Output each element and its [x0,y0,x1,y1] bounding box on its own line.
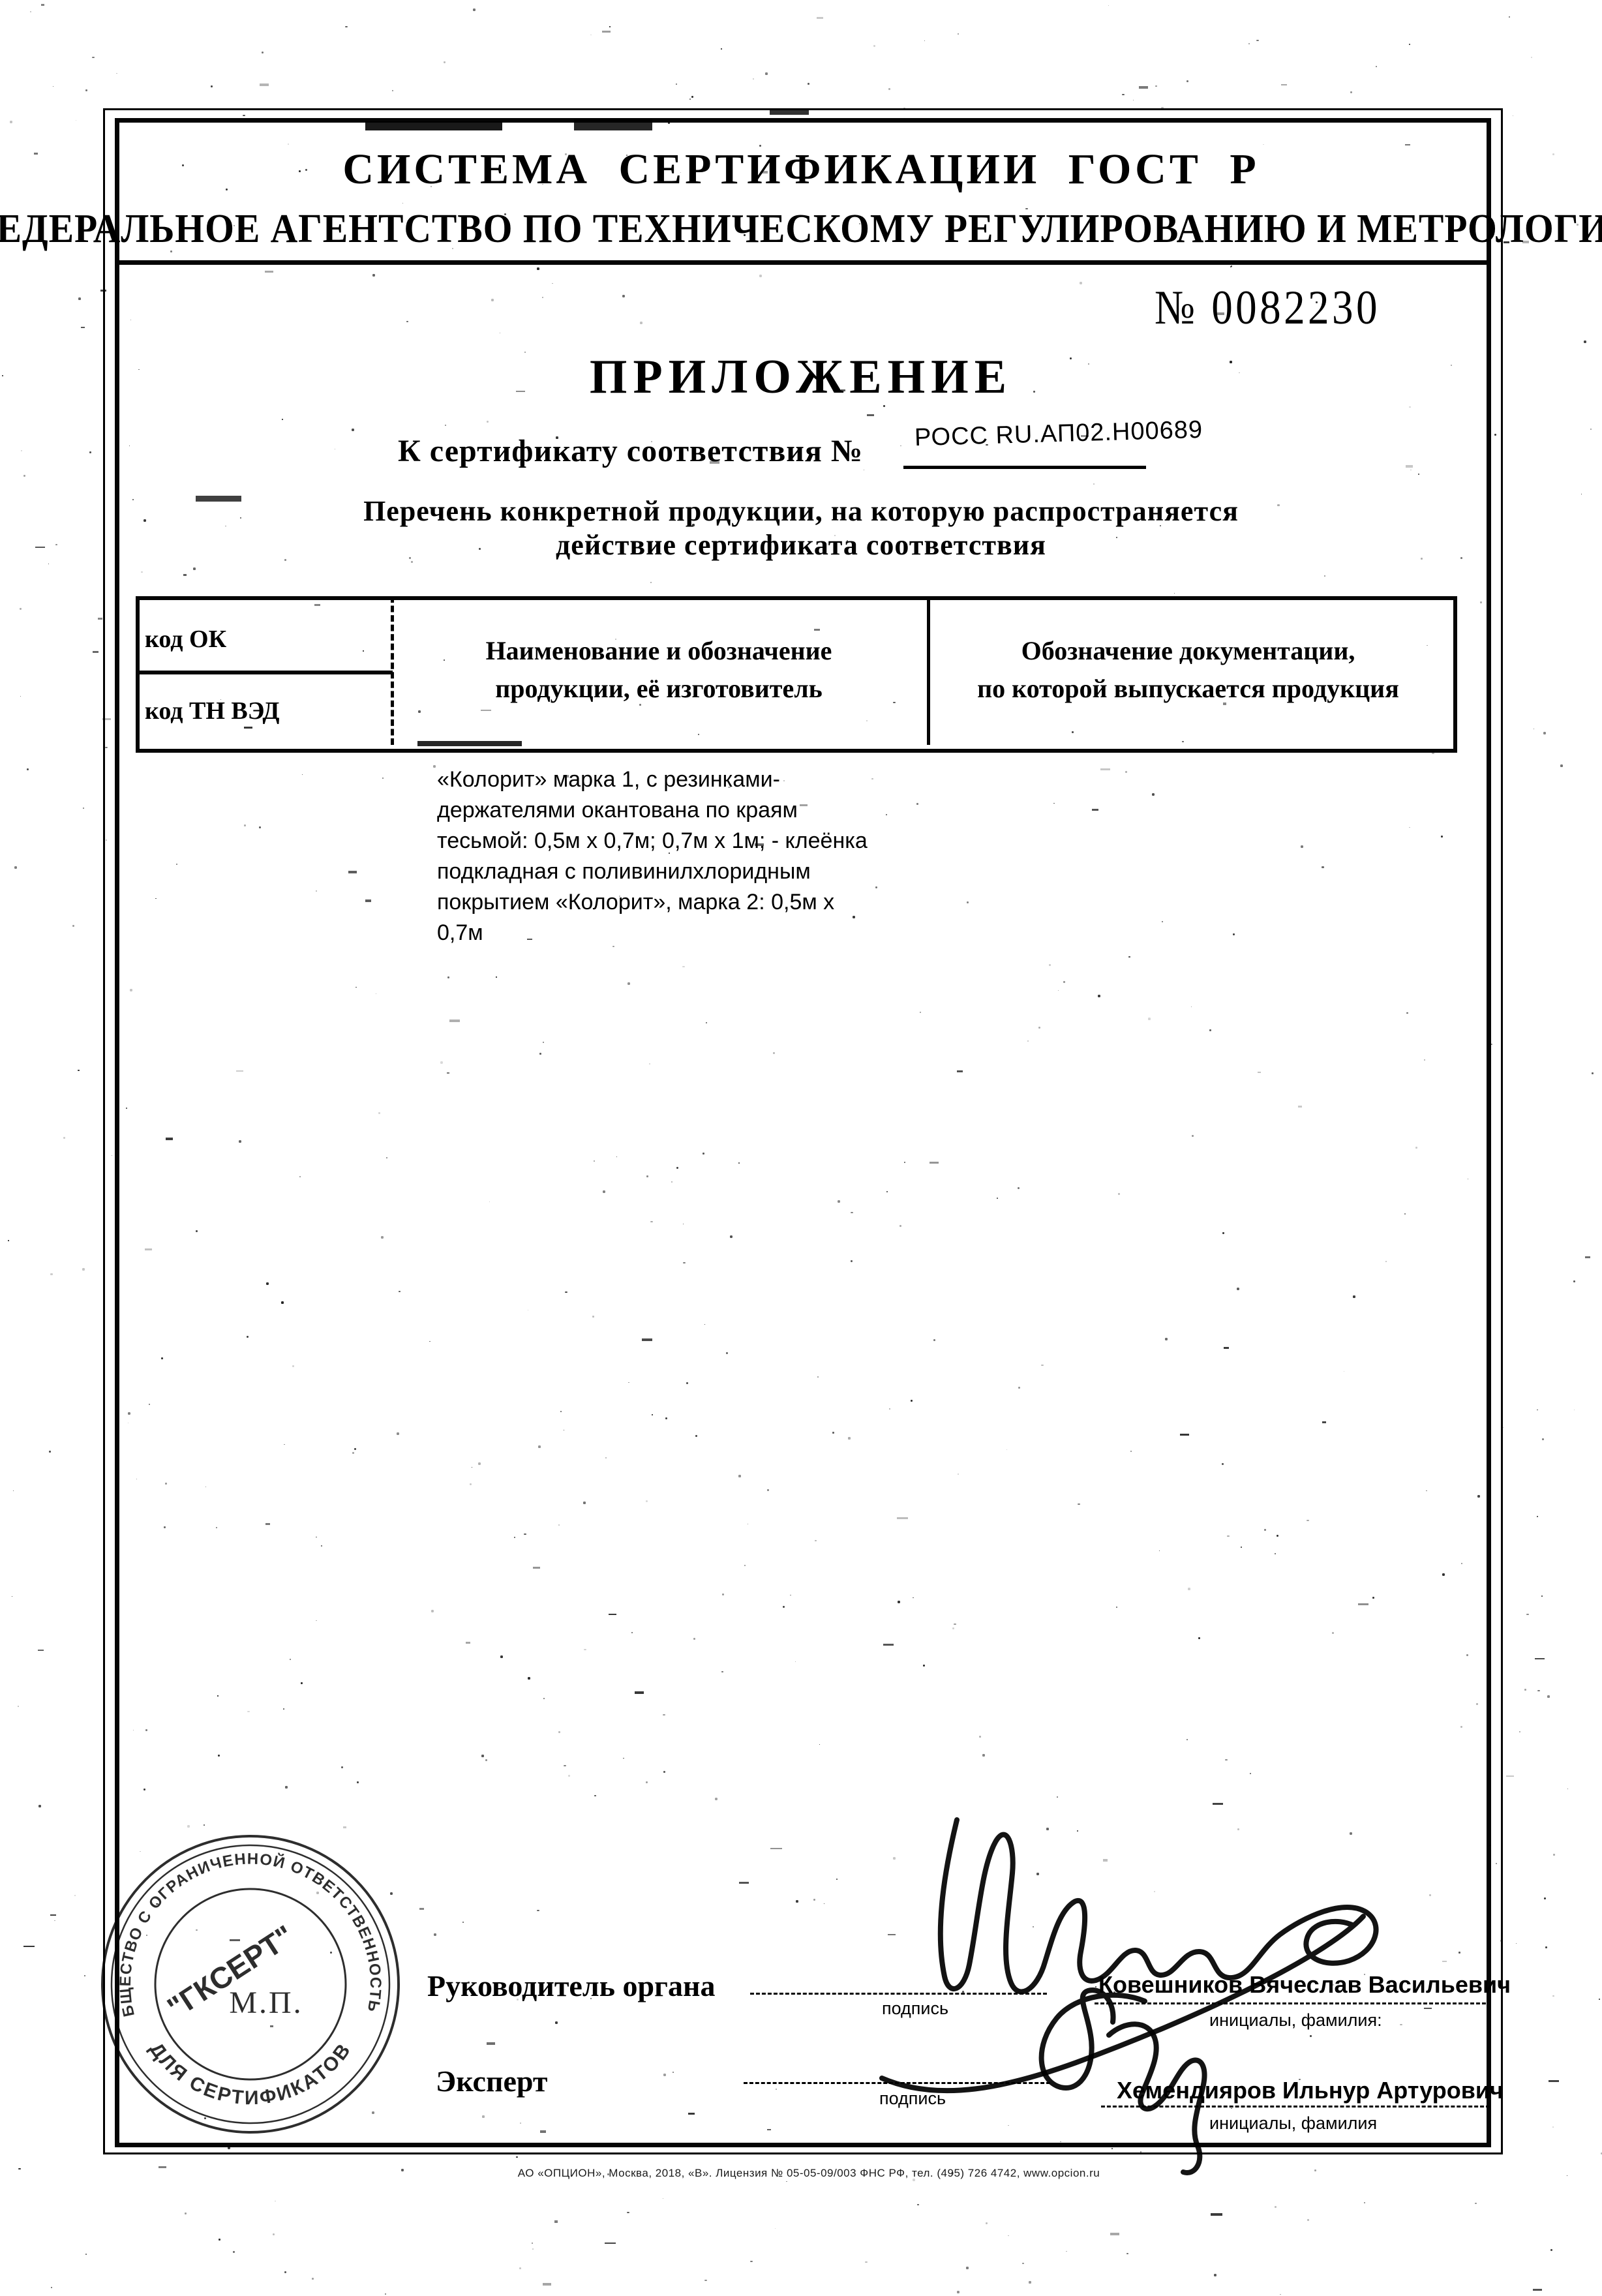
product-line: «Колорит» марка 1, с резинками- [437,764,946,795]
product-column-header-line2: продукции, её изготовитель [391,673,927,704]
certificate-reference-label: К сертификату соответствия № [398,433,863,469]
product-line: 0,7м [437,918,946,948]
signature-role-expert: Эксперт [436,2064,547,2098]
scan-artifact [196,496,241,502]
scan-artifact [770,110,809,115]
printer-imprint: АО «ОПЦИОН», Москва, 2018, «В». Лицензия… [483,2167,1135,2180]
signature-stroke-expert [1042,1990,1205,2173]
scan-artifact [365,121,502,130]
certificate-appendix-page: СИСТЕМА СЕРТИФИКАЦИИ ГОСТ Р ФЕДЕРАЛЬНОЕ … [0,0,1602,2296]
code-ok-label: код ОК [145,625,226,654]
signature-stroke-head [882,1820,1376,2091]
stamp-ring-bottom-text: ДЛЯ СЕРТИФИКАТОВ [145,2038,356,2109]
svg-text:ДЛЯ СЕРТИФИКАТОВ: ДЛЯ СЕРТИФИКАТОВ [145,2038,356,2109]
org-stamp-icon: ОБЩЕСТВО С ОГРАНИЧЕННОЙ ОТВЕТСТВЕННОСТЬЮ… [98,1832,403,2137]
federal-agency-title: ФЕДЕРАЛЬНОЕ АГЕНТСТВО ПО ТЕХНИЧЕСКОМУ РЕ… [0,206,1602,252]
product-column-header-line1: Наименование и обозначение [391,635,927,666]
header-divider-rule [115,260,1491,265]
stamp-mp-label: М.П. [229,1986,303,2020]
product-line: подкладная с поливинилхлоридным [437,856,946,887]
product-list-subtitle-line2: действие сертификата соответствия [0,528,1602,562]
handwritten-signatures [815,1787,1442,2192]
product-line: покрытием «Колорит», марка 2: 0,5м х [437,887,946,918]
scan-artifact [574,119,652,130]
table-column-divider-solid [927,596,930,745]
product-line: держателями окантована по краям [437,795,946,826]
docs-column-header-line1: Обозначение документации, [927,635,1449,666]
product-line: тесьмой: 0,5м х 0,7м; 0,7м х 1м; - клеён… [437,826,946,856]
certification-system-title: СИСТЕМА СЕРТИФИКАЦИИ ГОСТ Р [0,145,1602,194]
appendix-title: ПРИЛОЖЕНИЕ [0,350,1602,405]
certificate-number-underline [903,466,1146,469]
code-tnved-label: код ТН ВЭД [145,697,280,725]
product-description-cell: «Колорит» марка 1, с резинками- держател… [437,764,946,948]
docs-column-header-line2: по которой выпускается продукция [927,673,1449,704]
scan-artifact [417,741,522,746]
signature-role-head: Руководитель органа [427,1969,715,2003]
code-cell-divider [138,671,393,674]
blank-number: № 0082230 [1155,280,1380,336]
